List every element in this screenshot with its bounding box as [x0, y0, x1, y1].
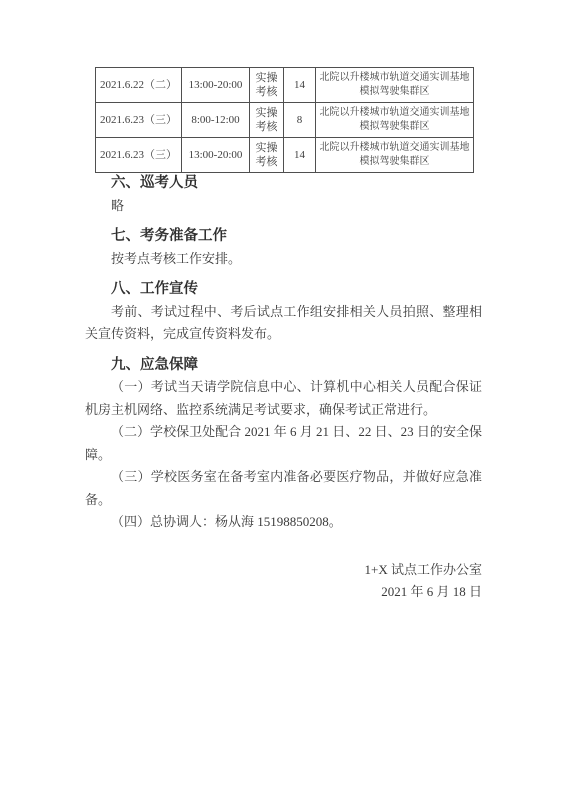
- cell-exam-date: 2021.6.23（三）: [96, 103, 182, 138]
- section-patrol-staff: 六、巡考人员 略: [85, 172, 482, 217]
- cell-exam-type: 实操考核: [250, 68, 284, 103]
- paragraph: （一）考试当天请学院信息中心、计算机中心相关人员配合保证机房主机网络、监控系统满…: [85, 376, 482, 421]
- exam-schedule-table: 2021.6.22（二） 13:00-20:00 实操考核 14 北院以升楼城市…: [95, 67, 474, 173]
- document-body: 六、巡考人员 略 七、考务准备工作 按考点考核工作安排。 八、工作宣传 考前、考…: [85, 168, 482, 604]
- section-publicity: 八、工作宣传 考前、考试过程中、考后试点工作组安排相关人员拍照、整理相关宣传资料…: [85, 278, 482, 346]
- paragraph: （三）学校医务室在备考室内准备必要医疗物品，并做好应急准备。: [85, 466, 482, 511]
- section-heading: 七、考务准备工作: [85, 225, 482, 248]
- section-heading: 六、巡考人员: [85, 172, 482, 195]
- cell-exam-type: 实操考核: [250, 103, 284, 138]
- cell-exam-date: 2021.6.22（二）: [96, 68, 182, 103]
- cell-candidate-count: 14: [284, 68, 316, 103]
- table-row: 2021.6.23（三） 8:00-12:00 实操考核 8 北院以升楼城市轨道…: [96, 103, 474, 138]
- table-row: 2021.6.22（二） 13:00-20:00 实操考核 14 北院以升楼城市…: [96, 68, 474, 103]
- cell-exam-time: 13:00-20:00: [182, 68, 250, 103]
- cell-candidate-count: 8: [284, 103, 316, 138]
- section-exam-preparation: 七、考务准备工作 按考点考核工作安排。: [85, 225, 482, 270]
- section-emergency-support: 九、应急保障 （一）考试当天请学院信息中心、计算机中心相关人员配合保证机房主机网…: [85, 354, 482, 534]
- signature-block: 1+X 试点工作办公室 2021 年 6 月 18 日: [85, 559, 482, 604]
- document-page: 2021.6.22（二） 13:00-20:00 实操考核 14 北院以升楼城市…: [0, 0, 566, 800]
- paragraph: 考前、考试过程中、考后试点工作组安排相关人员拍照、整理相关宣传资料，完成宣传资料…: [85, 301, 482, 346]
- paragraph: （四）总协调人：杨从海 15198850208。: [85, 511, 482, 534]
- paragraph: 按考点考核工作安排。: [85, 248, 482, 271]
- paragraph: 略: [85, 195, 482, 218]
- cell-exam-location: 北院以升楼城市轨道交通实训基地模拟驾驶集群区: [316, 68, 474, 103]
- section-heading: 八、工作宣传: [85, 278, 482, 301]
- paragraph: （二）学校保卫处配合 2021 年 6 月 21 日、22 日、23 日的安全保…: [85, 421, 482, 466]
- signature-date: 2021 年 6 月 18 日: [85, 581, 482, 604]
- section-heading: 九、应急保障: [85, 354, 482, 377]
- cell-exam-location: 北院以升楼城市轨道交通实训基地模拟驾驶集群区: [316, 103, 474, 138]
- signature-org: 1+X 试点工作办公室: [85, 559, 482, 582]
- cell-exam-time: 8:00-12:00: [182, 103, 250, 138]
